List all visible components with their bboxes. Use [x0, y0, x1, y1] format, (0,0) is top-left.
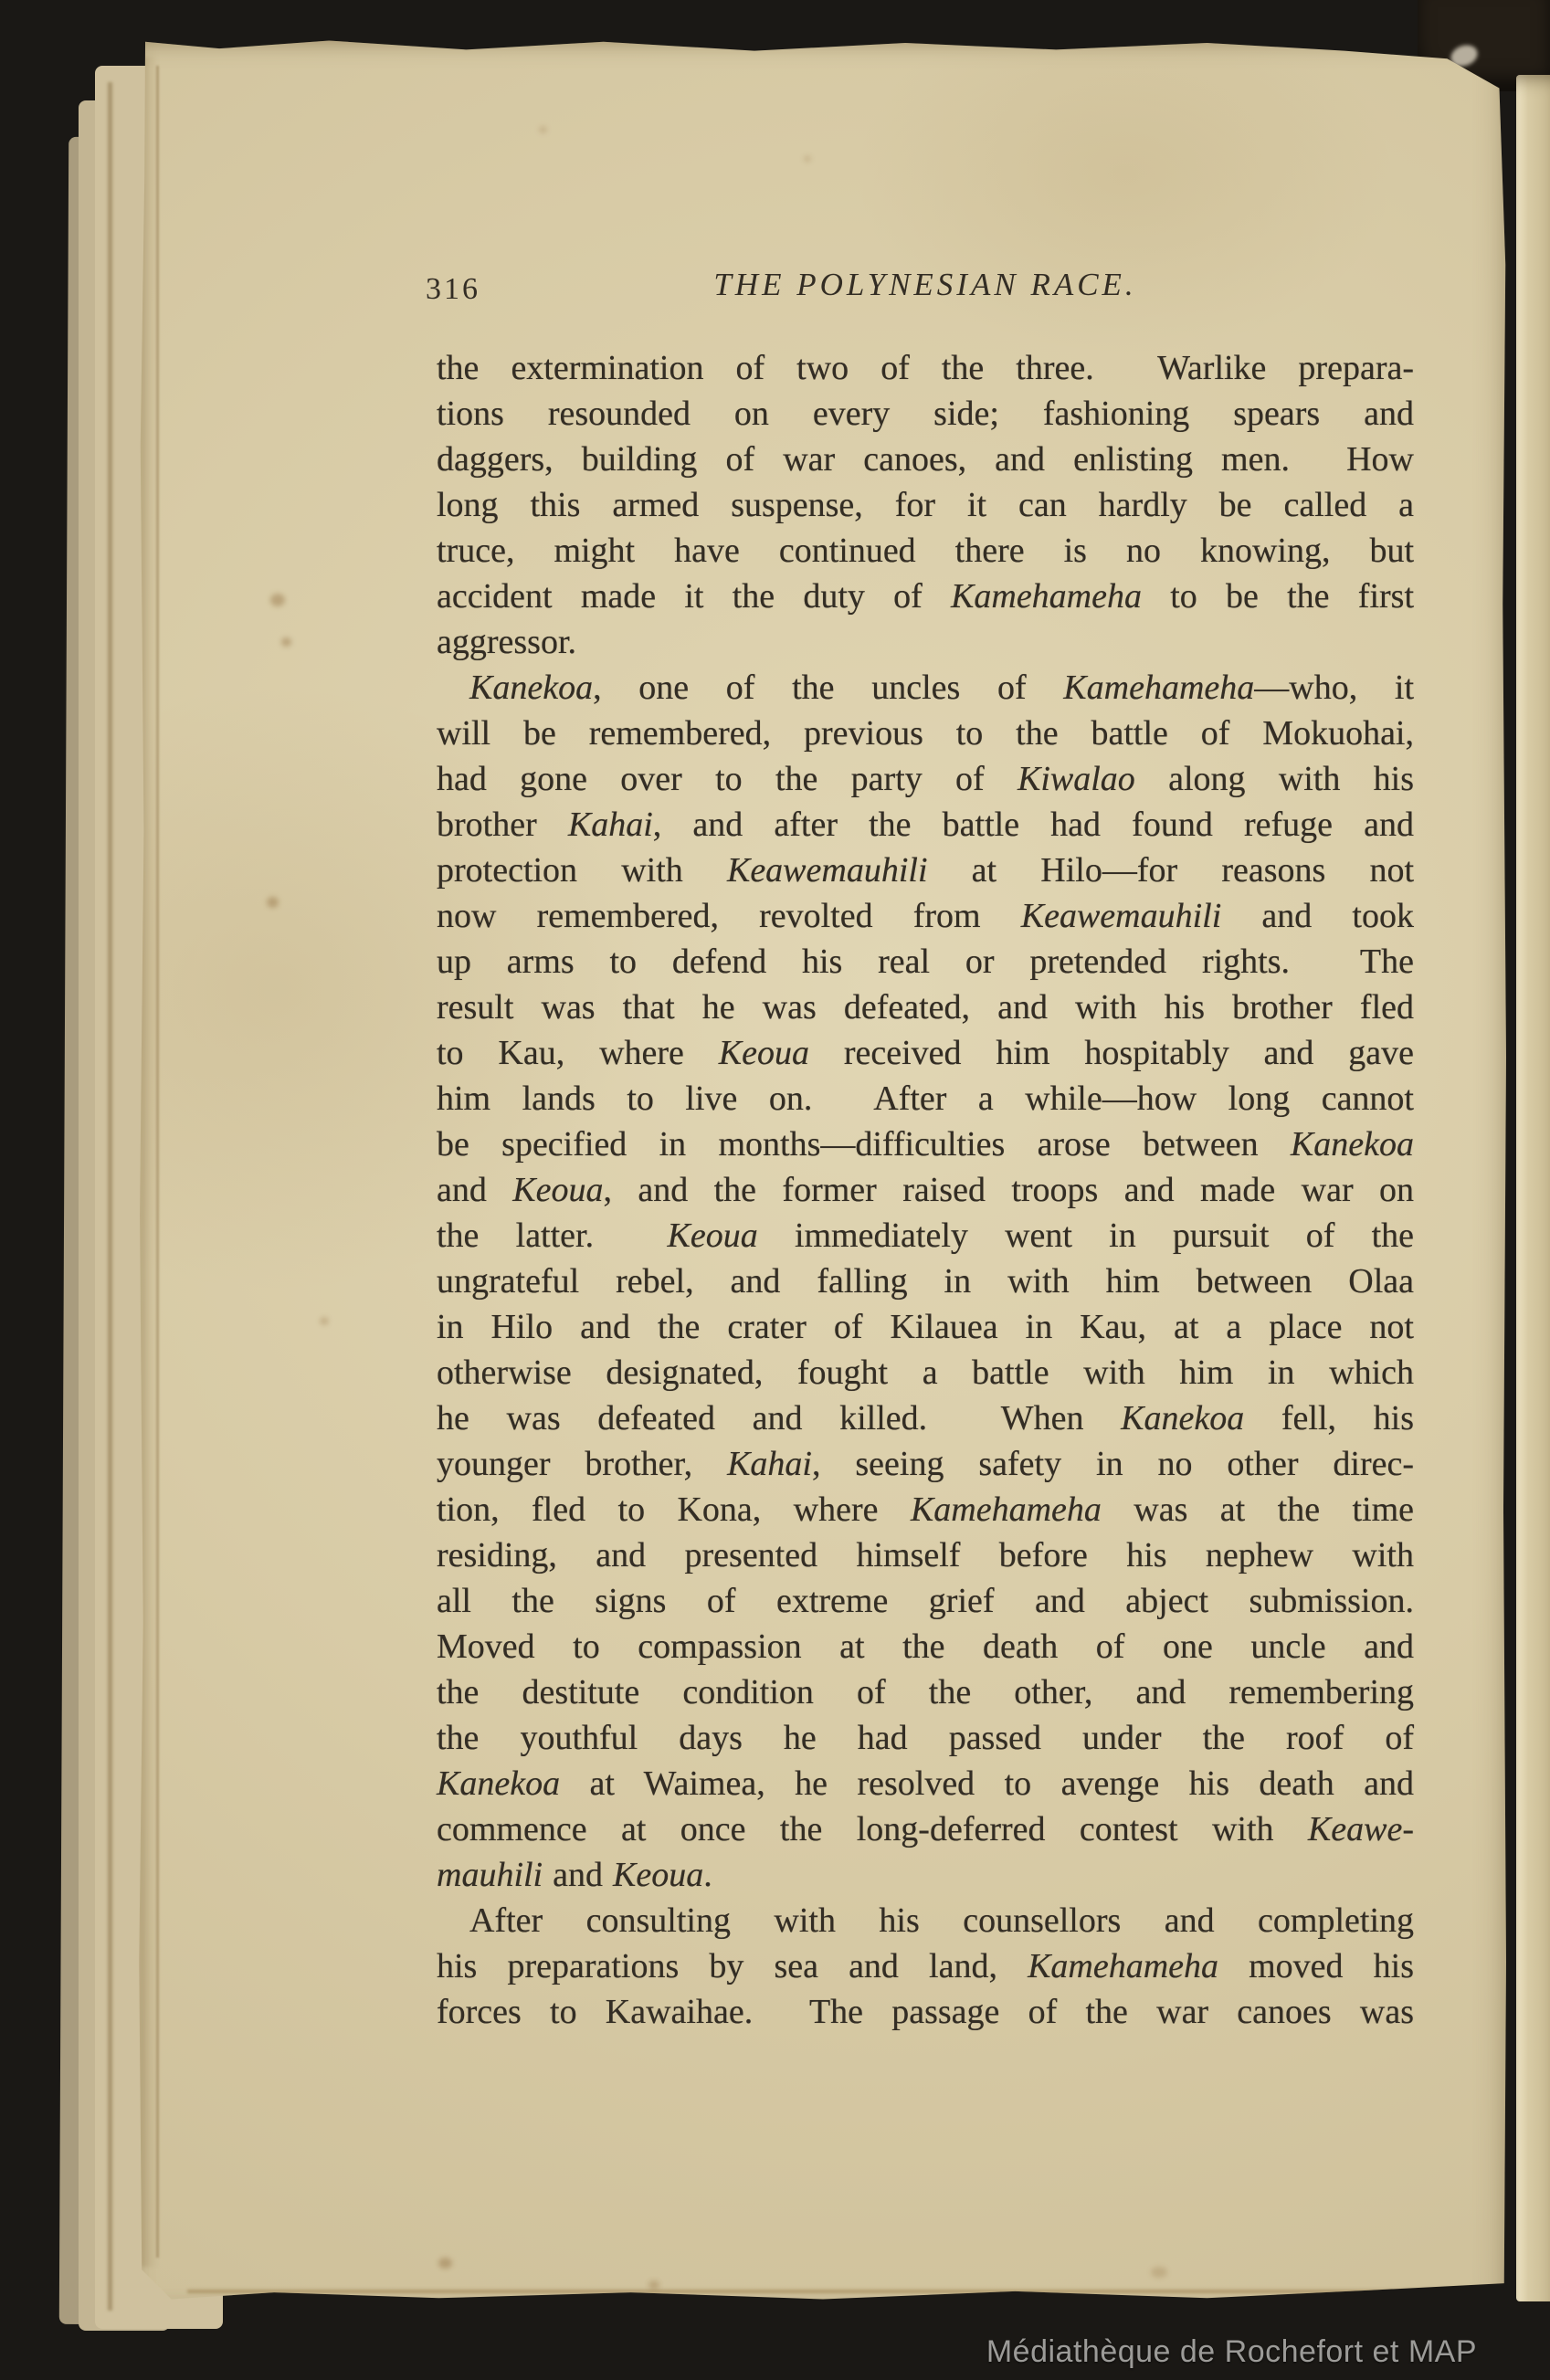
- text-segment: tion, fled to Kona, where: [437, 1490, 911, 1529]
- foxing-spot: [281, 637, 291, 647]
- text-segment: tions resounded on every side; fashionin…: [437, 395, 1414, 433]
- text-segment: , one of the uncles of: [593, 669, 1063, 707]
- foxing-spot: [267, 897, 279, 908]
- italic-term: Kanekoa: [469, 669, 593, 707]
- text-line: the latter. Keoua immediately went in pu…: [437, 1213, 1414, 1258]
- italic-term: Kamehameha: [1028, 1947, 1218, 1985]
- text-segment: all the signs of extreme grief and abjec…: [437, 1582, 1414, 1620]
- text-segment: to be the first: [1142, 577, 1414, 616]
- text-line: forces to Kawaihae. The passage of the w…: [437, 1989, 1414, 2035]
- text-segment: result was that he was defeated, and wit…: [437, 988, 1414, 1027]
- text-line: result was that he was defeated, and wit…: [437, 985, 1414, 1030]
- text-line: daggers, building of war canoes, and enl…: [437, 437, 1414, 482]
- text-segment: , and the former raised troops and made …: [603, 1171, 1414, 1209]
- text-line: he was defeated and killed. When Kanekoa…: [437, 1395, 1414, 1441]
- paragraph: After consulting with his counsellors an…: [437, 1898, 1414, 2035]
- italic-term: Keoua: [512, 1171, 603, 1209]
- text-line: Moved to compassion at the death of one …: [437, 1624, 1414, 1669]
- italic-term: Kamehameha: [911, 1490, 1102, 1529]
- text-line: accident made it the duty of Kamehameha …: [437, 574, 1414, 619]
- text-segment: —who, it: [1254, 669, 1414, 707]
- italic-term: Kanekoa: [1291, 1125, 1414, 1164]
- text-segment: daggers, building of war canoes, and enl…: [437, 440, 1414, 479]
- text-segment: the destitute condition of the other, an…: [437, 1673, 1414, 1711]
- text-line: Kanekoa, one of the uncles of Kamehameha…: [437, 665, 1414, 711]
- text-segment: aggressor.: [437, 623, 576, 661]
- text-segment: and: [437, 1171, 512, 1209]
- text-line: up arms to defend his real or pretended …: [437, 939, 1414, 985]
- text-line: After consulting with his counsellors an…: [437, 1898, 1414, 1943]
- text-line: and Keoua, and the former raised troops …: [437, 1167, 1414, 1213]
- text-segment: long this armed suspense, for it can har…: [437, 486, 1414, 524]
- italic-term: Kanekoa: [1121, 1399, 1244, 1437]
- text-segment: the youthful days he had passed under th…: [437, 1719, 1414, 1757]
- scanned-book-photo: 316 THE POLYNESIAN RACE. the exterminati…: [0, 0, 1550, 2380]
- text-line: tions resounded on every side; fashionin…: [437, 391, 1414, 437]
- text-line: commence at once the long-deferred conte…: [437, 1806, 1414, 1852]
- text-line: truce, might have continued there is no …: [437, 528, 1414, 574]
- italic-term: Keoua: [668, 1216, 758, 1255]
- text-segment: immediately went in pursuit of the: [758, 1216, 1414, 1255]
- text-segment: forces to Kawaihae. The passage of the w…: [437, 1993, 1414, 2031]
- book-page: 316 THE POLYNESIAN RACE. the exterminati…: [137, 38, 1509, 2301]
- text-line: all the signs of extreme grief and abjec…: [437, 1578, 1414, 1624]
- text-segment: along with his: [1135, 760, 1414, 798]
- text-line: his preparations by sea and land, Kameha…: [437, 1943, 1414, 1989]
- text-segment: up arms to defend his real or pretended …: [437, 943, 1414, 981]
- text-line: brother Kahai, and after the battle had …: [437, 802, 1414, 848]
- italic-term: Keawe-: [1308, 1810, 1414, 1848]
- paragraph: the extermination of two of the three. W…: [437, 345, 1414, 665]
- text-segment: commence at once the long-deferred conte…: [437, 1810, 1308, 1848]
- text-segment: in Hilo and the crater of Kilauea in Kau…: [437, 1308, 1414, 1346]
- text-segment: and took: [1221, 897, 1414, 935]
- italic-term: Kahai: [727, 1445, 812, 1483]
- foxing-spot: [539, 126, 547, 133]
- text-segment: After consulting with his counsellors an…: [469, 1901, 1414, 1940]
- left-edge-stain: [140, 57, 158, 2267]
- foxing-spot: [270, 594, 285, 606]
- page-header: 316 THE POLYNESIAN RACE.: [437, 267, 1414, 314]
- foxing-spot: [1151, 2267, 1167, 2278]
- text-segment: the latter.: [437, 1216, 668, 1255]
- text-line: him lands to live on. After a while—how …: [437, 1076, 1414, 1122]
- text-segment: and: [543, 1856, 613, 1894]
- text-line: aggressor.: [437, 619, 1414, 665]
- library-watermark: Médiathèque de Rochefort et MAP: [986, 2334, 1477, 2370]
- italic-term: Kahai: [568, 806, 653, 844]
- text-line: Kanekoa at Waimea, he resolved to avenge…: [437, 1761, 1414, 1806]
- text-segment: him lands to live on. After a while—how …: [437, 1079, 1414, 1118]
- text-line: the destitute condition of the other, an…: [437, 1669, 1414, 1715]
- text-segment: residing, and presented himself before h…: [437, 1536, 1414, 1574]
- foxing-spot: [320, 1317, 329, 1325]
- page-edge-stain: [108, 82, 112, 2311]
- italic-term: Kanekoa: [437, 1764, 560, 1803]
- text-segment: his preparations by sea and land,: [437, 1947, 1028, 1985]
- paragraph: Kanekoa, one of the uncles of Kamehameha…: [437, 665, 1414, 1898]
- bottom-edge-stain: [187, 2290, 1483, 2293]
- italic-term: Kamehameha: [951, 577, 1142, 616]
- text-segment: , seeing safety in no other direc-: [812, 1445, 1414, 1483]
- text-line: now remembered, revolted from Keawemauhi…: [437, 893, 1414, 939]
- text-segment: brother: [437, 806, 568, 844]
- text-segment: moved his: [1218, 1947, 1414, 1985]
- text-segment: had gone over to the party of: [437, 760, 1018, 798]
- text-line: the extermination of two of the three. W…: [437, 345, 1414, 391]
- text-line: will be remembered, previous to the batt…: [437, 711, 1414, 756]
- italic-term: Keoua: [719, 1034, 809, 1072]
- text-line: in Hilo and the crater of Kilauea in Kau…: [437, 1304, 1414, 1350]
- body-text: the extermination of two of the three. W…: [437, 345, 1414, 2035]
- text-segment: otherwise designated, fought a battle wi…: [437, 1353, 1414, 1392]
- italic-term: Kamehameha: [1063, 669, 1254, 707]
- text-line: younger brother, Kahai, seeing safety in…: [437, 1441, 1414, 1487]
- text-segment: accident made it the duty of: [437, 577, 951, 616]
- text-segment: was at the time: [1102, 1490, 1414, 1529]
- italic-term: mauhili: [437, 1856, 543, 1894]
- text-segment: received him hospitably and gave: [809, 1034, 1414, 1072]
- text-segment: at Hilo—for reasons not: [928, 851, 1415, 890]
- text-line: residing, and presented himself before h…: [437, 1532, 1414, 1578]
- text-segment: the extermination of two of the three. W…: [437, 349, 1414, 387]
- left-edge-stain-line: [156, 66, 159, 2258]
- text-line: otherwise designated, fought a battle wi…: [437, 1350, 1414, 1395]
- text-segment: now remembered, revolted from: [437, 897, 1021, 935]
- italic-term: Keoua: [613, 1856, 703, 1894]
- text-line: be specified in months—difficulties aros…: [437, 1122, 1414, 1167]
- foxing-spot: [438, 2258, 452, 2269]
- text-segment: to Kau, where: [437, 1034, 719, 1072]
- italic-term: Keawemauhili: [727, 851, 928, 890]
- text-segment: will be remembered, previous to the batt…: [437, 714, 1414, 753]
- text-segment: truce, might have continued there is no …: [437, 532, 1414, 570]
- text-line: mauhili and Keoua.: [437, 1852, 1414, 1898]
- text-line: tion, fled to Kona, where Kamehameha was…: [437, 1487, 1414, 1532]
- text-line: protection with Keawemauhili at Hilo—for…: [437, 848, 1414, 893]
- text-segment: he was defeated and killed. When: [437, 1399, 1121, 1437]
- text-segment: fell, his: [1244, 1399, 1414, 1437]
- text-segment: at Waimea, he resolved to avenge his dea…: [560, 1764, 1414, 1803]
- text-segment: protection with: [437, 851, 727, 890]
- text-line: to Kau, where Keoua received him hospita…: [437, 1030, 1414, 1076]
- text-segment: be specified in months—difficulties aros…: [437, 1125, 1291, 1164]
- running-title: THE POLYNESIAN RACE.: [437, 267, 1414, 303]
- text-segment: ungrateful rebel, and falling in with hi…: [437, 1262, 1414, 1301]
- foxing-spot: [648, 2280, 659, 2290]
- text-line: ungrateful rebel, and falling in with hi…: [437, 1258, 1414, 1304]
- text-segment: Moved to compassion at the death of one …: [437, 1627, 1414, 1666]
- text-line: had gone over to the party of Kiwalao al…: [437, 756, 1414, 802]
- foxing-spot: [804, 155, 811, 163]
- text-line: the youthful days he had passed under th…: [437, 1715, 1414, 1761]
- text-segment: , and after the battle had found refuge …: [653, 806, 1414, 844]
- italic-term: Kiwalao: [1018, 760, 1135, 798]
- text-line: long this armed suspense, for it can har…: [437, 482, 1414, 528]
- italic-term: Keawemauhili: [1021, 897, 1222, 935]
- facing-page-edge: [1516, 75, 1550, 2301]
- text-segment: younger brother,: [437, 1445, 727, 1483]
- text-segment: .: [703, 1856, 712, 1894]
